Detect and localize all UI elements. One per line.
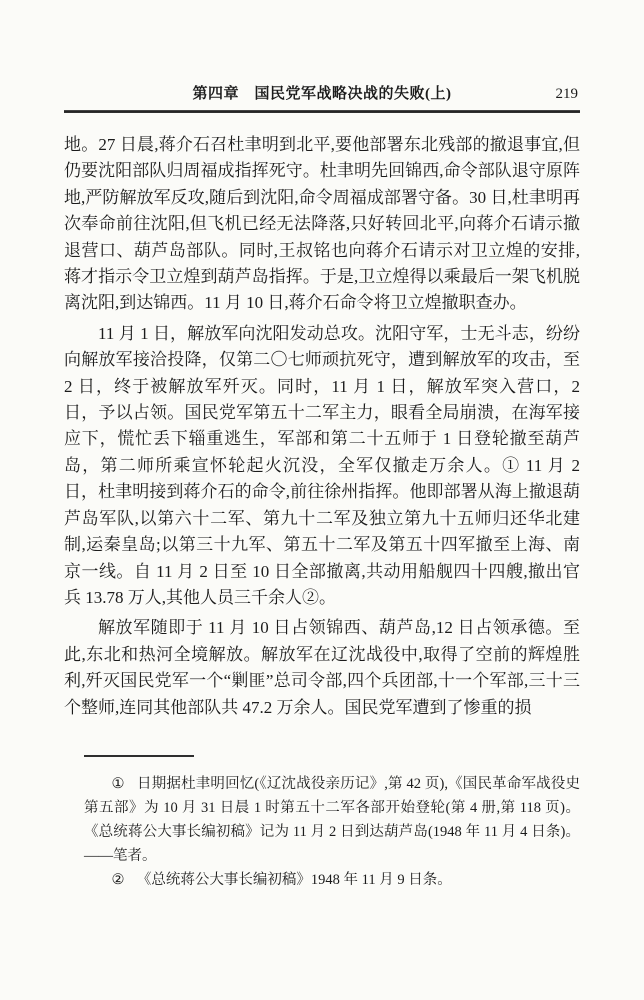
book-page: 第四章 国民党军战略决战的失败(上) 219 地。27 日晨,蒋介石召杜聿明到北… bbox=[0, 0, 644, 1000]
footnote-text: 《总统蒋公大事长编初稿》1948 年 11 月 9 日条。 bbox=[137, 872, 452, 888]
footnote-item: ②《总统蒋公大事长编初稿》1948 年 11 月 9 日条。 bbox=[84, 868, 580, 892]
body-text: 地。27 日晨,蒋介石召杜聿明到北平,要他部署东北残部的撤退事宜,但仍要沈阳部队… bbox=[64, 132, 580, 721]
footnote-item: ①日期据杜聿明回忆(《辽沈战役亲历记》,第 42 页),《国民革命军战役史第五部… bbox=[84, 772, 580, 868]
page-content: 第四章 国民党军战略决战的失败(上) 219 地。27 日晨,蒋介石召杜聿明到北… bbox=[64, 0, 580, 892]
running-head: 第四章 国民党军战略决战的失败(上) 219 bbox=[64, 85, 580, 104]
footnote-text: 日期据杜聿明回忆(《辽沈战役亲历记》,第 42 页),《国民革命军战役史第五部》… bbox=[84, 776, 580, 864]
chapter-title: 第四章 国民党军战略决战的失败(上) bbox=[64, 85, 580, 104]
header-rule bbox=[64, 110, 580, 113]
body-paragraph: 11 月 1 日，解放军向沈阳发动总攻。沈阳守军，士无斗志，纷纷向解放军接洽投降… bbox=[64, 321, 580, 611]
footnotes: ①日期据杜聿明回忆(《辽沈战役亲历记》,第 42 页),《国民革命军战役史第五部… bbox=[84, 772, 580, 892]
page-number: 219 bbox=[556, 85, 579, 104]
footnote-marker: ① bbox=[112, 776, 125, 792]
footnote-divider bbox=[84, 755, 194, 757]
footnote-marker: ② bbox=[112, 872, 125, 888]
body-paragraph: 解放军随即于 11 月 10 日占领锦西、葫芦岛,12 日占领承德。至此,东北和… bbox=[64, 615, 580, 721]
body-paragraph-continuation: 地。27 日晨,蒋介石召杜聿明到北平,要他部署东北残部的撤退事宜,但仍要沈阳部队… bbox=[64, 132, 580, 317]
